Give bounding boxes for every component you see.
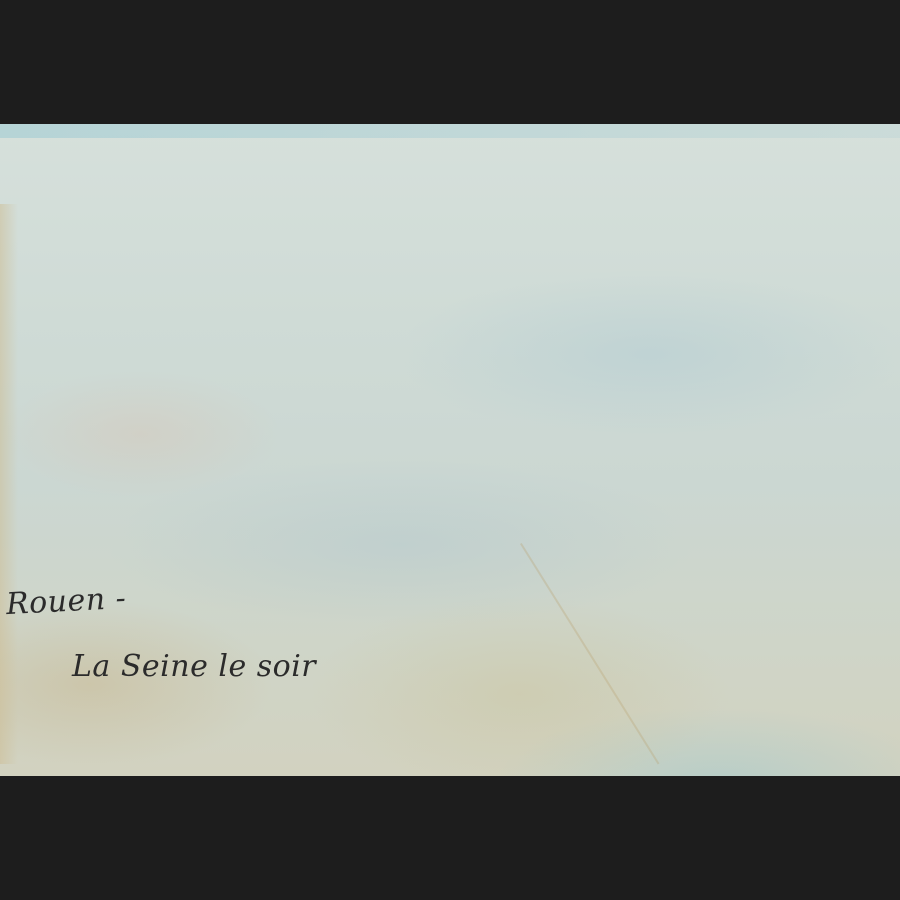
- blue-pastel-band: [0, 124, 900, 138]
- paper-stain-edge: [0, 204, 18, 764]
- paper-crease: [520, 543, 659, 765]
- paper-photo: Rouen - La Seine le soir: [0, 124, 900, 776]
- inscription-line-1: Rouen -: [5, 581, 127, 622]
- inscription-line-2: La Seine le soir: [72, 649, 316, 684]
